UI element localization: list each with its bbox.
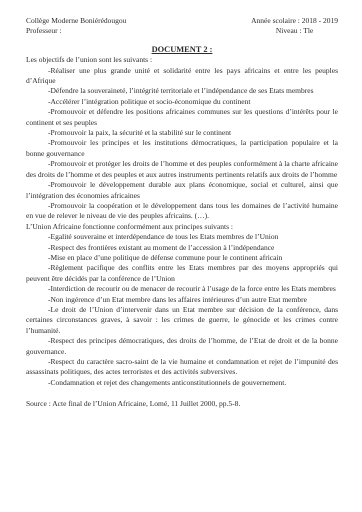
principle-item: -Respect des principes démocratiques, de… [26, 336, 338, 357]
level: Niveau : Tle [251, 26, 338, 36]
principle-item: -Egalité souveraine et interdépendance d… [26, 232, 338, 242]
principles-intro: L’Union Africaine fonctionne conformémen… [26, 222, 338, 232]
objective-item: -Promouvoir et défendre les positions af… [26, 107, 338, 128]
document-page: Collège Moderne Boniérédougou Professeur… [0, 0, 362, 512]
objective-item: -Promouvoir la coopération et le dévelop… [26, 201, 338, 222]
document-title: DOCUMENT 2 : [26, 45, 338, 55]
principle-item: -Respect des frontières existant au mome… [26, 243, 338, 253]
objective-item: -Promouvoir le développement durable aux… [26, 180, 338, 201]
school-year: Année scolaire : 2018 - 2019 [251, 16, 338, 26]
teacher-label: Professeur : [26, 26, 126, 36]
source-line: Source : Acte final de l’Union Africaine… [26, 399, 338, 409]
principle-item: -Règlement pacifique des conflits entre … [26, 263, 338, 284]
objective-item: -Réaliser une plus grande unité et solid… [26, 66, 338, 87]
principle-item: -Respect du caractère sacro-saint de la … [26, 357, 338, 378]
document-header: Collège Moderne Boniérédougou Professeur… [26, 16, 338, 37]
objectives-list: -Réaliser une plus grande unité et solid… [26, 66, 338, 222]
header-left: Collège Moderne Boniérédougou Professeur… [26, 16, 126, 37]
objective-item: -Promouvoir la paix, la sécurité et la s… [26, 128, 338, 138]
principle-item: -Mise en place d’une politique de défens… [26, 253, 338, 263]
principle-item: -Non ingérence d’un Etat membre dans les… [26, 295, 338, 305]
principle-item: -Interdiction de recourir ou de menacer … [26, 284, 338, 294]
objective-item: -Défendre la souveraineté, l’intégrité t… [26, 86, 338, 96]
objective-item: -Promouvoir et protéger les droits de l’… [26, 159, 338, 180]
objective-item: -Promouvoir les principes et les institu… [26, 138, 338, 159]
objectives-intro: Les objectifs de l’union sont les suivan… [26, 55, 338, 65]
header-right: Année scolaire : 2018 - 2019 Niveau : Tl… [251, 16, 338, 37]
principles-list: -Egalité souveraine et interdépendance d… [26, 232, 338, 388]
principle-item: -Le droit de l’Union d’intervenir dans u… [26, 305, 338, 336]
objective-item: -Accélérer l’intégration politique et so… [26, 97, 338, 107]
school-name: Collège Moderne Boniérédougou [26, 16, 126, 26]
principle-item: -Condamnation et rejet des changements a… [26, 378, 338, 388]
